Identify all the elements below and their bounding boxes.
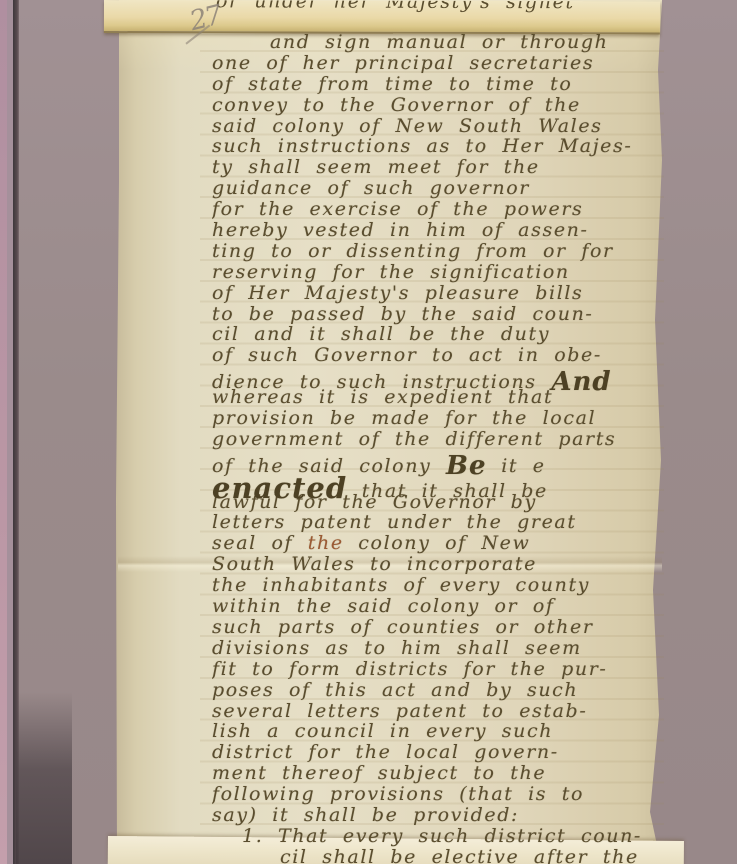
manuscript-line: within the said colony or of bbox=[212, 595, 667, 616]
handwriting-segment: letters patent under the great bbox=[212, 511, 577, 533]
handwriting-segment: divisions as to him shall seem bbox=[212, 637, 582, 659]
manuscript-line: following provisions (that is to bbox=[212, 783, 667, 804]
page-fold-top: or under her Majesty's signet bbox=[104, 0, 660, 34]
manuscript-line: one of her principal secretaries bbox=[212, 52, 667, 73]
handwriting-segment: one of her principal secretaries bbox=[212, 52, 594, 74]
handwriting-segment: 1. That every such district coun- bbox=[242, 825, 642, 847]
manuscript-line: reserving for the signification bbox=[212, 261, 667, 282]
handwriting-segment: such instructions as to Her Majes- bbox=[212, 135, 632, 157]
handwriting-segment: guidance of such governor bbox=[212, 177, 530, 199]
manuscript-line: poses of this act and by such bbox=[212, 679, 667, 700]
handwriting-segment: for the exercise of the powers bbox=[212, 198, 583, 220]
handwriting-segment: of such Governor to act in obe- bbox=[212, 344, 602, 366]
manuscript-line: of such Governor to act in obe- bbox=[212, 344, 667, 365]
manuscript-line: divisions as to him shall seem bbox=[212, 637, 667, 658]
manuscript-line: ting to or dissenting from or for bbox=[212, 240, 667, 261]
manuscript-line: such parts of counties or other bbox=[212, 616, 667, 637]
handwriting-display-segment: enacted bbox=[212, 471, 347, 505]
manuscript-line: ty shall seem meet for the bbox=[212, 156, 667, 177]
manuscript-line: several letters patent to estab- bbox=[212, 700, 667, 721]
manuscript-line: guidance of such governor bbox=[212, 177, 667, 198]
manuscript-line: letters patent under the great bbox=[212, 511, 667, 532]
handwriting-segment: lish a council in every such bbox=[212, 720, 553, 742]
manuscript-line: say) it shall be provided: bbox=[212, 804, 667, 825]
manuscript-line: cil shall be elective after the bbox=[212, 846, 667, 864]
manuscript-line: ment thereof subject to the bbox=[212, 762, 667, 783]
handwriting-segment: the inhabitants of every county bbox=[212, 574, 590, 596]
handwriting-display-segment: And bbox=[551, 367, 611, 397]
handwriting-segment: said colony of New South Wales bbox=[212, 115, 603, 137]
handwriting-segment: such parts of counties or other bbox=[212, 616, 594, 638]
handwriting-segment: cil shall be elective after the bbox=[280, 846, 639, 864]
handwriting-segment: seal of bbox=[212, 532, 308, 554]
manuscript-line: provision be made for the local bbox=[212, 407, 667, 428]
handwriting-segment: several letters patent to estab- bbox=[212, 700, 587, 722]
handwriting-segment: hereby vested in him of assen- bbox=[212, 219, 589, 241]
manuscript-line: district for the local govern- bbox=[212, 741, 667, 762]
manuscript-line: of Her Majesty's pleasure bills bbox=[212, 282, 667, 303]
handwriting-segment: ting to or dissenting from or for bbox=[212, 240, 614, 262]
manuscript-line: fit to form districts for the pur- bbox=[212, 658, 667, 679]
manuscript-line: enacted that it shall be bbox=[212, 470, 667, 491]
handwriting-segment: poses of this act and by such bbox=[212, 679, 578, 701]
fold-partial-line: or under her Majesty's signet bbox=[216, 0, 575, 13]
handwriting-display-segment: the bbox=[308, 532, 344, 554]
handwriting-segment: say) it shall be provided: bbox=[212, 804, 519, 826]
handwriting-segment: district for the local govern- bbox=[212, 741, 559, 763]
manuscript-line: cil and it shall be the duty bbox=[212, 323, 667, 344]
handwriting-segment: ment thereof subject to the bbox=[212, 762, 546, 784]
handwriting-segment: provision be made for the local bbox=[212, 407, 596, 429]
manuscript-line: and sign manual or through bbox=[212, 31, 667, 52]
handwriting-segment: convey to the Governor of the bbox=[212, 94, 581, 116]
handwriting-segment: and sign manual or through bbox=[270, 31, 609, 53]
manuscript-line: of the said colony Be it e bbox=[212, 449, 667, 470]
handwriting-segment: reserving for the signification bbox=[212, 261, 570, 283]
manuscript-line: for the exercise of the powers bbox=[212, 198, 667, 219]
manuscript-line: said colony of New South Wales bbox=[212, 115, 667, 136]
handwriting-segment: government of the different parts bbox=[212, 428, 616, 450]
manuscript-line: hereby vested in him of assen- bbox=[212, 219, 667, 240]
manuscript-line: such instructions as to Her Majes- bbox=[212, 135, 667, 156]
handwriting-segment: ty shall seem meet for the bbox=[212, 156, 540, 178]
manuscript-line: 1. That every such district coun- bbox=[212, 825, 667, 846]
handwriting-display-segment: Be bbox=[446, 451, 487, 481]
manuscript-line: dience to such instructions And bbox=[212, 365, 667, 386]
manuscript-line: to be passed by the said coun- bbox=[212, 303, 667, 324]
manuscript-line: lish a council in every such bbox=[212, 720, 667, 741]
handwriting-segment: of Her Majesty's pleasure bills bbox=[212, 282, 583, 304]
handwriting-segment: fit to form districts for the pur- bbox=[212, 658, 607, 680]
handwriting-segment: South Wales to incorporate bbox=[212, 553, 537, 575]
handwriting-segment: whereas it is expedient that bbox=[212, 386, 553, 408]
mount-pink-edge bbox=[0, 0, 7, 864]
handwriting-segment: cil and it shall be the duty bbox=[212, 323, 550, 345]
manuscript-line: of state from time to time to bbox=[212, 73, 667, 94]
manuscript-line: the inhabitants of every county bbox=[212, 574, 667, 595]
handwriting-segment: following provisions (that is to bbox=[212, 783, 584, 805]
handwriting-segment: of state from time to time to bbox=[212, 73, 572, 95]
handwriting-segment: to be passed by the said coun- bbox=[212, 303, 593, 325]
handwriting-segment: colony of New bbox=[344, 532, 531, 554]
manuscript-line: South Wales to incorporate bbox=[212, 553, 667, 574]
manuscript-text: and sign manual or throughone of her pri… bbox=[212, 31, 667, 864]
bottom-left-shadow bbox=[16, 692, 72, 864]
manuscript-line: seal of the colony of New bbox=[212, 532, 667, 553]
manuscript-line: convey to the Governor of the bbox=[212, 94, 667, 115]
handwriting-segment: within the said colony or of bbox=[212, 595, 555, 617]
manuscript-line: government of the different parts bbox=[212, 428, 667, 449]
